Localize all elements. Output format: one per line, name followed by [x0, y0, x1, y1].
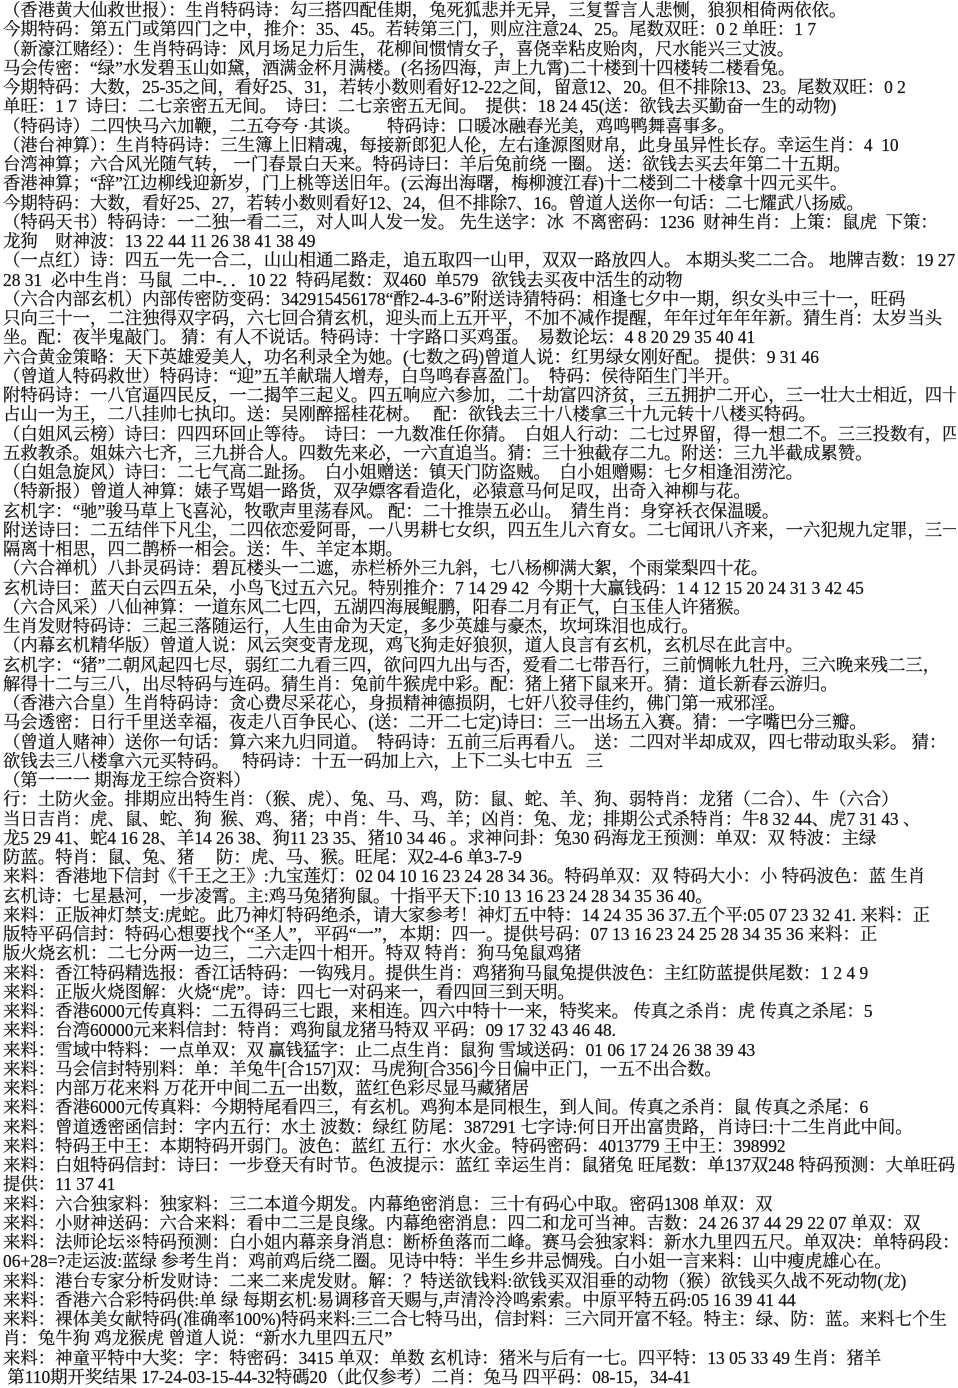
- text-line: 来料：正版火烧图解：火烧“虎”。诗：四七一对码来一，看四回三到天明。: [3, 983, 956, 1002]
- text-line: 肖：兔牛狗 鸡龙猴虎 曾道人说：“新水九里四五尺”: [3, 1329, 956, 1348]
- text-line: 玄机诗曰：蓝天白云四五朵，小鸟飞过五六兄。特别推介：7 14 29 42 今期十…: [3, 579, 956, 598]
- text-line: 隔离十相思，四二鹊桥一相会。送：牛、羊定本期。: [3, 540, 956, 559]
- text-line: （六合禅机）八卦灵码诗：碧瓦楼头一二遮，赤栏桥外三九斜，七八杨柳满大絮，个雨棠梨…: [3, 559, 956, 578]
- text-line: 当日吉肖：虎、鼠、蛇、狗 猴、鸡、猪；中肖：牛、马、羊；凶肖：兔、龙；排期公式杀…: [3, 810, 956, 829]
- text-line: （白姐急旋风）诗曰：二七气高二趾扬。 白小姐赠送：镇天门防盗贼。 白小姐赠赐：七…: [3, 463, 956, 482]
- text-line: 版特平码信封：特码心想要找个“圣人”，平码“一”，本期：四一。提供号码：07 1…: [3, 925, 956, 944]
- text-line: 台湾神算；六合风光随气转， 一门春景白天来。特码诗曰：羊后兔前绕 一圈。 送：欲…: [3, 155, 956, 174]
- document-body: （香港黄大仙救世报）：生肖特码诗：勾三搭四配佳期，兔死狐悲并无异，三复誓言人悲恻…: [0, 0, 958, 1387]
- text-line: （特新报）曾道人神算：婊子骂娼一路货，双孕嫖客看造化，必猿意马何足叹，出奇入神柳…: [3, 482, 956, 501]
- text-line: 来料：港台专家分析发财诗：二来二来虎发财。解：？特送欲钱料:欲钱买双泪垂的动物（…: [3, 1272, 956, 1291]
- text-line: （曾道人赌神）送你一句话：算六来九归同道。 特码诗：五前三后再看八。 送：二四对…: [3, 733, 956, 752]
- text-line: 欲钱去三八楼拿六元买特码。 特码诗：十五一码加上六，上下二头七中五 三: [3, 752, 956, 771]
- text-line: 来料：六合独家料：独家料：三二本道今期发。内幕绝密消息：三十有码心中取。密码13…: [3, 1195, 956, 1214]
- text-line: 只向三十一，二注独得双字码，六七回合猜玄机，迎头而上五开平，不加不减作提醒，年年…: [3, 309, 956, 328]
- text-line: （港台神算）：生肖特码诗：三生簿上旧精魂，每接新郎犯人伦，左右逢源图财帛，此身虽…: [3, 136, 956, 155]
- text-line: 来料：香港6000元传真料：二五得码三七跟，来相连。四六中特十一来，特奖来。 传…: [3, 1002, 956, 1021]
- text-line: 来料：香港6000元传真料：今期特尾看四三，有玄机。鸡狗本是同根生，到人间。传真…: [3, 1098, 956, 1117]
- text-line: 马会传密：“绿”水发碧玉山如黛，酒满金杯月满楼。(名扬四海，声上九霄)二十楼到十…: [3, 59, 956, 78]
- text-line: 来料：白姐特码信封：诗曰：一步登天有时节。色波提示：蓝红 幸运生肖：鼠猪兔 旺尾…: [3, 1156, 956, 1175]
- text-line: 单旺：1 7 诗曰：二七亲密五无间。 诗曰：二七亲密五无间。 提供：18 24 …: [3, 97, 956, 116]
- text-line: 来料：雪域中特料：一点单双：双 赢钱猛字：止二点生肖：鼠狗 雪域送码：01 06…: [3, 1041, 956, 1060]
- text-line: 提供：11 37 41: [3, 1175, 956, 1194]
- text-line: 第110期开奖结果 17-24-03-15-44-32特碼20（此仅参考）二肖：…: [3, 1368, 956, 1387]
- text-line: 来料：曾道透密函信封：字内五行：水土 波数：绿红 防尾：387291 七字诗:何…: [3, 1118, 956, 1137]
- lottery-tip-sheet-page: （香港黄大仙救世报）：生肖特码诗：勾三搭四配佳期，兔死狐悲并无异，三复誓言人悲恻…: [0, 0, 958, 1388]
- text-line: 今期特码：大数，看好25、27，若转小数则看好12、24，但不排除7、16。曾道…: [3, 194, 956, 213]
- text-line: 来料：香江特码精选报：香江话特码：一钩残月。提供生肖：鸡猪狗马鼠兔提供波色：主红…: [3, 964, 956, 983]
- text-line: 来料：正版神灯禁支:虎蛇。此乃神灯特码绝杀，请大家参考！神灯五中特：14 24 …: [3, 906, 956, 925]
- text-line: （第一一一 期海龙王综合资料）: [3, 771, 956, 790]
- text-line: 版火烧玄机：二七分两一边三，二六走四十相开。特双 特肖：狗马兔鼠鸡猪: [3, 944, 956, 963]
- text-line: （新濠江赌经）：生肖特码诗：风月场足力后生，花柳间惯情女子，喜侥幸粘皮贻肉，尺水…: [3, 40, 956, 59]
- text-line: 来料：内部万花来料 万花开中间二五一出数，蓝红色彩尽显马藏猪居: [3, 1079, 956, 1098]
- text-line: 龙5 29 41、蛇4 16 28、羊14 26 38、狗11 23 35、猪1…: [3, 829, 956, 848]
- text-line: 龙狗 财神波：13 22 44 11 26 38 41 38 49: [3, 232, 956, 251]
- text-line: 来料：法师论坛※特码预测：白小姐内幕亲身消息：断桥鱼落而二峰。赛马会独家料：新水…: [3, 1233, 956, 1252]
- text-line: 六合黄金策略：天下英雄爱美人，功名利录全为她。(七数之码)曾道人说：红男绿女刚好…: [3, 348, 956, 367]
- text-line: 附特码诗：一八官逼四民反，一二揭竿三起义。四五响应六参加，二十劫富四济贫，三五拥…: [3, 386, 956, 405]
- text-line: 来料：台湾60000元来料信封：特肖：鸡狗鼠龙猪马特双 平码：09 17 32 …: [3, 1021, 956, 1040]
- text-line: 马会透密：日行千里送幸福，夜走八百争民心、(送：二开二七定)诗曰：三一出场五入赛…: [3, 713, 956, 732]
- text-line: 解得十二与三八，出尽特码与连码。猜生肖：兔前牛猴虎中彩。配：猪上猪下鼠来开。猜：…: [3, 675, 956, 694]
- text-line: 来料：裸体美女献特码(准确率100%)特码来料:三二合七特马出，信封料：三六同开…: [3, 1310, 956, 1329]
- text-line: （香港六合皇）生肖特码诗：贪心费尽采花心，身损精神德损阴，七奸八狡寻佳约，佛门第…: [3, 694, 956, 713]
- text-line: （特码天书）特码诗：一二独一看二三，对人叫人发一发。 先生送字：冰 不离密码：1…: [3, 213, 956, 232]
- text-line: （六合风采）八仙神算：一道东风二七四，五湖四海展鲲鹏，阳春二月有正气，白玉佳人许…: [3, 598, 956, 617]
- text-line: 行：土防火金。排期应出特生肖：（猴、虎）、兔、马、鸡，防：鼠、蛇、羊、狗、弱特肖…: [3, 790, 956, 809]
- text-line: 28 31 必中生肖：马鼠 二中-．．10 22 特码尾数：双460 单579 …: [3, 271, 956, 290]
- text-line: 来料：香港地下信封《千王之王》:九宝莲灯：02 04 10 16 23 24 2…: [3, 867, 956, 886]
- text-line: 坐。配：夜半鬼敲门。 猜：有人不说话。特码诗：十字路口买鸡蛋。 易数论坛：4 8…: [3, 328, 956, 347]
- text-line: 来料：小财神送码：六合来料：看中二三是良缘。内幕绝密消息：四二和龙可当神。吉数：…: [3, 1214, 956, 1233]
- text-line: 玄机诗：七星悬河，一步凌霄。主:鸡马兔猪狗鼠。十指平天下:10 13 16 23…: [3, 887, 956, 906]
- text-line: 防蓝。特肖：鼠、兔、猪 防：虎、马、猴。旺尾：双2-4-6 单3-7-9: [3, 848, 956, 867]
- text-line: 来料：香港六合彩特码供:单 绿 每期玄机:易调移音天赐与,声清泠泠鸣索索。中原平…: [3, 1291, 956, 1310]
- text-line: 来料：特码王中王：本期特码开弱门。波色：蓝红 五行：水火金。特码密码：40137…: [3, 1137, 956, 1156]
- text-line: （白姐风云榜）诗曰：四四环回止等待。 诗曰：一九数准任你猜。 白姐人行动：二七过…: [3, 425, 956, 444]
- text-line: （曾道人特码救世）特码诗：“迎”五羊献瑞人增寿，白鸟鸣春喜盈门。 特码：侯待陌生…: [3, 367, 956, 386]
- text-line: 来料：神童平特中大奖：字：特密码：3415 单双：单数 玄机诗：猪米与后有一七。…: [3, 1349, 956, 1368]
- text-line: （内幕玄机精华版）曾道人说：风云突变青龙现，鸡飞狗走好狼狈，道人良言有玄机，玄机…: [3, 636, 956, 655]
- text-line: （六合内部玄机）内部传密防变码：342915456178“酢2-4-3-6”附送…: [3, 290, 956, 309]
- text-line: 06+28=?走运波:蓝绿 参考生肖：鸡前鸡后绕二圈。见诗中特：半生乡井忌惆残。…: [3, 1252, 956, 1271]
- text-line: 五救教杀。姐妹六七齐，三九拼合人。四数先来必，一六直追当。猜：三十独截存二九。附…: [3, 444, 956, 463]
- text-line: 玄机字：“驰”骏马草上飞喜沁，牧歌声里荡春风。 配：二十推崇五必山。 猜生肖：身…: [3, 502, 956, 521]
- text-line: 今期特码：大数，25-35之间，看好25、31，若转小数则看好12-22之间，留…: [3, 78, 956, 97]
- text-line: 玄机字：“猪”二朝风起四七尽，弱红二九看三四，欲问四九出与否，爱看二七带吾行，三…: [3, 656, 956, 675]
- text-line: （特码诗）二四快马六加鞭，二五夸夸 ·其谈。 特码诗：口暖冰融春光美，鸡鸣鸭舞喜…: [3, 117, 956, 136]
- text-line: 来料：马会信封特别料：单：羊兔牛[合157]双：马虎狗[合356]今日偏中正门，…: [3, 1060, 956, 1079]
- text-line: 附送诗曰：二五结伴下凡尘，二四依恋爱阿哥，一八男耕七女织，四五生儿六育女。二七闻…: [3, 521, 956, 540]
- text-line: 占山一为王，二八挂帅七执印。送：吴刚醉摇桂花树。 配：欲钱去三十八楼拿三十九元转…: [3, 405, 956, 424]
- text-line: （一点红）诗：四五一先一合二，山山相通二路走，追五取四一山甲，双双一路放四人。 …: [3, 251, 956, 270]
- text-line: （香港黄大仙救世报）：生肖特码诗：勾三搭四配佳期，兔死狐悲并无异，三复誓言人悲恻…: [3, 1, 956, 20]
- text-line: 香港神算；“辞”江边柳线迎新岁，门上桃等送旧年。(云海出海曙，梅柳渡江春)十二楼…: [3, 174, 956, 193]
- text-line: 生肖发财特码诗：三起三落随运行，人生由命为天定，多少英雄与豪杰，坎坷珠泪也成行。: [3, 617, 956, 636]
- text-line: 今期特码：第五门或第四门之中，推介：35、45。若转第三门，则应注意24、25。…: [3, 20, 956, 39]
